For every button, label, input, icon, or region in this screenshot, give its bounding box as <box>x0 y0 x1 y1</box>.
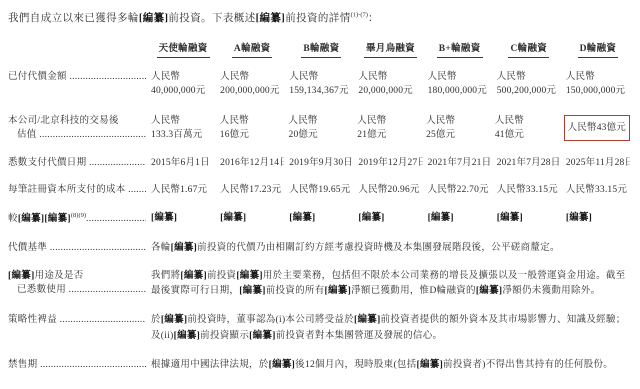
cell-discount-to-redacted-col6: [編纂] <box>497 211 561 226</box>
cell-payment-date-col1: 2015年6月1日 <box>151 156 215 170</box>
redaction-marker: [編纂] <box>139 13 169 24</box>
cell-line: 人民幣 <box>289 114 353 128</box>
cell-line: 人民幣 <box>426 114 490 128</box>
cell-line: 人民幣 <box>495 114 559 128</box>
row-text-basis-of-consideration: 各輪[編纂]前投資的代價乃由相關訂約方經考慮投資時機及本集團發展階段後，公平磋商… <box>151 241 630 256</box>
cell-cost-per-registered-capital-col3: 人民幣19.65元 <box>289 183 353 197</box>
row-label-footnote-ref: (8)(9) <box>71 212 86 219</box>
page-title-colon: ： <box>368 13 379 24</box>
cell-consideration-paid-col2: 人民幣200,000,000元 <box>220 70 284 99</box>
cell-discount-to-redacted-col5: [編纂] <box>428 211 492 226</box>
cell-payment-date-col5: 2021年7月21日 <box>428 156 492 170</box>
pre-investment-table: 天使輪融資A輪融資B輪融資畢月烏融資B+輪融資C輪融資D輪融資已付代價金額 ..… <box>8 40 630 373</box>
column-header-4: 畢月烏融資 <box>358 40 422 58</box>
table-wide-row-strategic-benefits: 策略性裨益 ..................................… <box>8 313 630 343</box>
cell-line: 180,000,000元 <box>428 84 492 98</box>
redaction-marker: [編纂] <box>269 360 296 370</box>
table-row-post-money-valuation: 本公司/北京科技的交易後估值 .........................… <box>8 114 630 143</box>
redaction-marker: [編纂] <box>174 331 201 341</box>
cell-payment-date-col2: 2016年12月14日 <box>220 156 284 170</box>
cell-line: 40,000,000元 <box>151 84 215 98</box>
row-label-line1: [編纂]用途及是否 <box>8 269 146 283</box>
column-header-2: A輪融資 <box>220 40 284 58</box>
row-label-payment-date: 悉數支付代價日期 ...............................… <box>8 156 146 170</box>
cell-post-money-valuation-col1: 人民幣133.3百萬元 <box>151 114 215 143</box>
row-label-post-money-valuation: 本公司/北京科技的交易後估值 .........................… <box>8 114 146 143</box>
highlighted-value-box: 人民幣43億元 <box>564 115 630 141</box>
column-header-label: B+輪融資 <box>437 40 483 58</box>
highlight-cell-post-money-valuation: 人民幣43億元 <box>564 114 630 143</box>
cell-line: 20,000,000元 <box>358 84 422 98</box>
column-header-7: D輪融資 <box>566 40 630 58</box>
row-label-line2: 已悉數使用 ..................................… <box>8 283 146 297</box>
cell-post-money-valuation-col5: 人民幣25億元 <box>426 114 490 143</box>
row-label-basis-of-consideration: 代價基準 ...................................… <box>8 241 146 256</box>
cell-line: 41億元 <box>495 128 559 142</box>
row-label-strategic-benefits: 策略性裨益 ..................................… <box>8 313 146 343</box>
cell-post-money-valuation-col2: 人民幣16億元 <box>220 114 284 143</box>
cell-line: 159,134,367元 <box>289 84 353 98</box>
redaction-marker: [編纂] <box>476 286 503 296</box>
cell-payment-date-col4: 2019年12月27日 <box>358 156 422 170</box>
row-text-lock-up-period: 根據適用中國法律法規，於[編纂]後12個月內，現時股東(包括[編纂]前投資者)不… <box>151 358 630 373</box>
cell-line: 人民幣 <box>220 114 284 128</box>
cell-line: 人民幣 <box>566 70 630 84</box>
table-header-row: 天使輪融資A輪融資B輪融資畢月烏融資B+輪融資C輪融資D輪融資 <box>8 40 630 58</box>
cell-line: 人民幣 <box>428 70 492 84</box>
cell-cost-per-registered-capital-col5: 人民幣22.70元 <box>428 183 492 197</box>
cell-line: 500,200,000元 <box>497 84 561 98</box>
cell-line: 人民幣 <box>289 70 353 84</box>
cell-line: 人民幣 <box>151 114 215 128</box>
cell-discount-to-redacted-col1: [編纂] <box>151 211 215 226</box>
column-header-1: 天使輪融資 <box>151 40 215 58</box>
redaction-marker: [編纂] <box>220 213 246 223</box>
row-text-use-of-proceeds: 我們將[編纂]前投資[編纂]用於主要業務，包括但不限於本公司業務的增長及擴張以及… <box>151 269 630 299</box>
redaction-marker: [編纂] <box>354 315 381 325</box>
cell-line: 人民幣 <box>358 70 422 84</box>
redaction-marker: [編纂] <box>256 13 286 24</box>
cell-consideration-paid-col7: 人民幣150,000,000元 <box>566 70 630 99</box>
cell-post-money-valuation-col3: 人民幣20億元 <box>289 114 353 143</box>
cell-line: 人民幣 <box>151 70 215 84</box>
column-header-label: 天使輪融資 <box>157 40 210 58</box>
redaction-marker: [編纂] <box>151 213 177 223</box>
redaction-marker: [編纂] <box>236 271 263 281</box>
redaction-marker: [編纂] <box>566 213 592 223</box>
redaction-marker: [編纂] <box>325 286 352 296</box>
redaction-marker: [編纂] <box>249 331 276 341</box>
cell-payment-date-col7: 2025年11月28日 <box>566 156 630 170</box>
redaction-marker: [編纂] <box>18 214 45 224</box>
cell-payment-date-col6: 2021年7月28日 <box>497 156 561 170</box>
cell-line: 21億元 <box>357 128 421 142</box>
row-label-cost-per-registered-capital: 每筆註冊資本所支付的成本 ...........................… <box>8 183 146 197</box>
cell-line: 150,000,000元 <box>566 84 630 98</box>
cell-cost-per-registered-capital-col1: 人民幣1.67元 <box>151 183 215 197</box>
redaction-marker: [編纂] <box>358 213 384 223</box>
cell-cost-per-registered-capital-col7: 人民幣33.15元 <box>566 183 630 197</box>
column-header-3: B輪融資 <box>289 40 353 58</box>
cell-consideration-paid-col3: 人民幣159,134,367元 <box>289 70 353 99</box>
table-row-payment-date: 悉數支付代價日期 ...............................… <box>8 156 630 170</box>
column-header-label: B輪融資 <box>301 40 341 58</box>
redaction-marker: [編纂] <box>180 271 207 281</box>
redaction-marker: [編纂] <box>44 214 71 224</box>
redaction-marker: [編纂] <box>428 213 454 223</box>
table-wide-row-lock-up-period: 禁售期 ....................................… <box>8 358 630 373</box>
page-title: 我們自成立以來已獲得多輪[編纂]前投資。下表概述[編纂]前投資的詳情(1)-(7… <box>8 10 630 25</box>
page-title-footnote-ref: (1)-(7) <box>351 12 368 19</box>
redaction-marker: [編纂] <box>289 213 315 223</box>
redaction-marker: [編纂] <box>239 286 266 296</box>
row-label-discount-to-redacted: 較[編纂][編纂](8)(9).........................… <box>8 211 146 226</box>
prospectus-page: 我們自成立以來已獲得多輪[編纂]前投資。下表概述[編纂]前投資的詳情(1)-(7… <box>0 0 640 389</box>
cell-line: 人民幣 <box>357 114 421 128</box>
redaction-marker: [編纂] <box>497 213 523 223</box>
cell-consideration-paid-col5: 人民幣180,000,000元 <box>428 70 492 99</box>
cell-post-money-valuation-col6: 人民幣41億元 <box>495 114 559 143</box>
cell-line: 人民幣 <box>220 70 284 84</box>
cell-consideration-paid-col4: 人民幣20,000,000元 <box>358 70 422 99</box>
column-header-label: C輪融資 <box>508 40 549 58</box>
cell-discount-to-redacted-col2: [編纂] <box>220 211 284 226</box>
table-wide-row-use-of-proceeds: [編纂]用途及是否已悉數使用 .........................… <box>8 269 630 299</box>
row-label-consideration-paid: 已付代價金額 .................................… <box>8 70 146 99</box>
redaction-marker: [編纂] <box>161 315 188 325</box>
redaction-marker: [編纂] <box>417 360 444 370</box>
cell-cost-per-registered-capital-col4: 人民幣20.96元 <box>358 183 422 197</box>
cell-consideration-paid-col1: 人民幣40,000,000元 <box>151 70 215 99</box>
cell-discount-to-redacted-col7: [編纂] <box>566 211 630 226</box>
row-text-strategic-benefits: 於[編纂]前投資時，董事認為(i)本公司將受益於[編纂]前投資者提供的額外資本及… <box>151 313 630 343</box>
row-label-use-of-proceeds: [編纂]用途及是否已悉數使用 .........................… <box>8 269 146 299</box>
cell-payment-date-col3: 2019年9月30日 <box>289 156 353 170</box>
table-wide-row-basis-of-consideration: 代價基準 ...................................… <box>8 241 630 256</box>
column-header-6: C輪融資 <box>497 40 561 58</box>
row-label-line1: 本公司/北京科技的交易後 <box>8 114 146 128</box>
row-label-line2: 估值 .....................................… <box>8 128 146 142</box>
table-row-consideration-paid: 已付代價金額 .................................… <box>8 70 630 99</box>
cell-discount-to-redacted-col4: [編纂] <box>358 211 422 226</box>
column-header-label: 畢月烏融資 <box>364 40 417 58</box>
column-header-label: D輪融資 <box>578 40 619 58</box>
column-header-label: A輪融資 <box>232 40 273 58</box>
cell-line: 20億元 <box>289 128 353 142</box>
cell-line: 25億元 <box>426 128 490 142</box>
row-label-lock-up-period: 禁售期 ....................................… <box>8 358 146 373</box>
cell-line: 133.3百萬元 <box>151 128 215 142</box>
redaction-marker: [編纂] <box>171 243 198 253</box>
cell-consideration-paid-col6: 人民幣500,200,000元 <box>497 70 561 99</box>
column-header-5: B+輪融資 <box>428 40 492 58</box>
cell-cost-per-registered-capital-col6: 人民幣33.15元 <box>497 183 561 197</box>
table-row-cost-per-registered-capital: 每筆註冊資本所支付的成本 ...........................… <box>8 183 630 197</box>
cell-discount-to-redacted-col3: [編纂] <box>289 211 353 226</box>
cell-line: 人民幣 <box>497 70 561 84</box>
cell-cost-per-registered-capital-col2: 人民幣17.23元 <box>220 183 284 197</box>
header-spacer <box>8 40 146 58</box>
cell-post-money-valuation-col4: 人民幣21億元 <box>357 114 421 143</box>
cell-line: 16億元 <box>220 128 284 142</box>
table-row-discount-to-redacted: 較[編纂][編纂](8)(9).........................… <box>8 211 630 226</box>
cell-line: 200,000,000元 <box>220 84 284 98</box>
redaction-marker: [編纂] <box>8 271 35 281</box>
page-title-text: 我們自成立以來已獲得多輪[編纂]前投資。下表概述[編纂]前投資的詳情 <box>8 13 351 24</box>
